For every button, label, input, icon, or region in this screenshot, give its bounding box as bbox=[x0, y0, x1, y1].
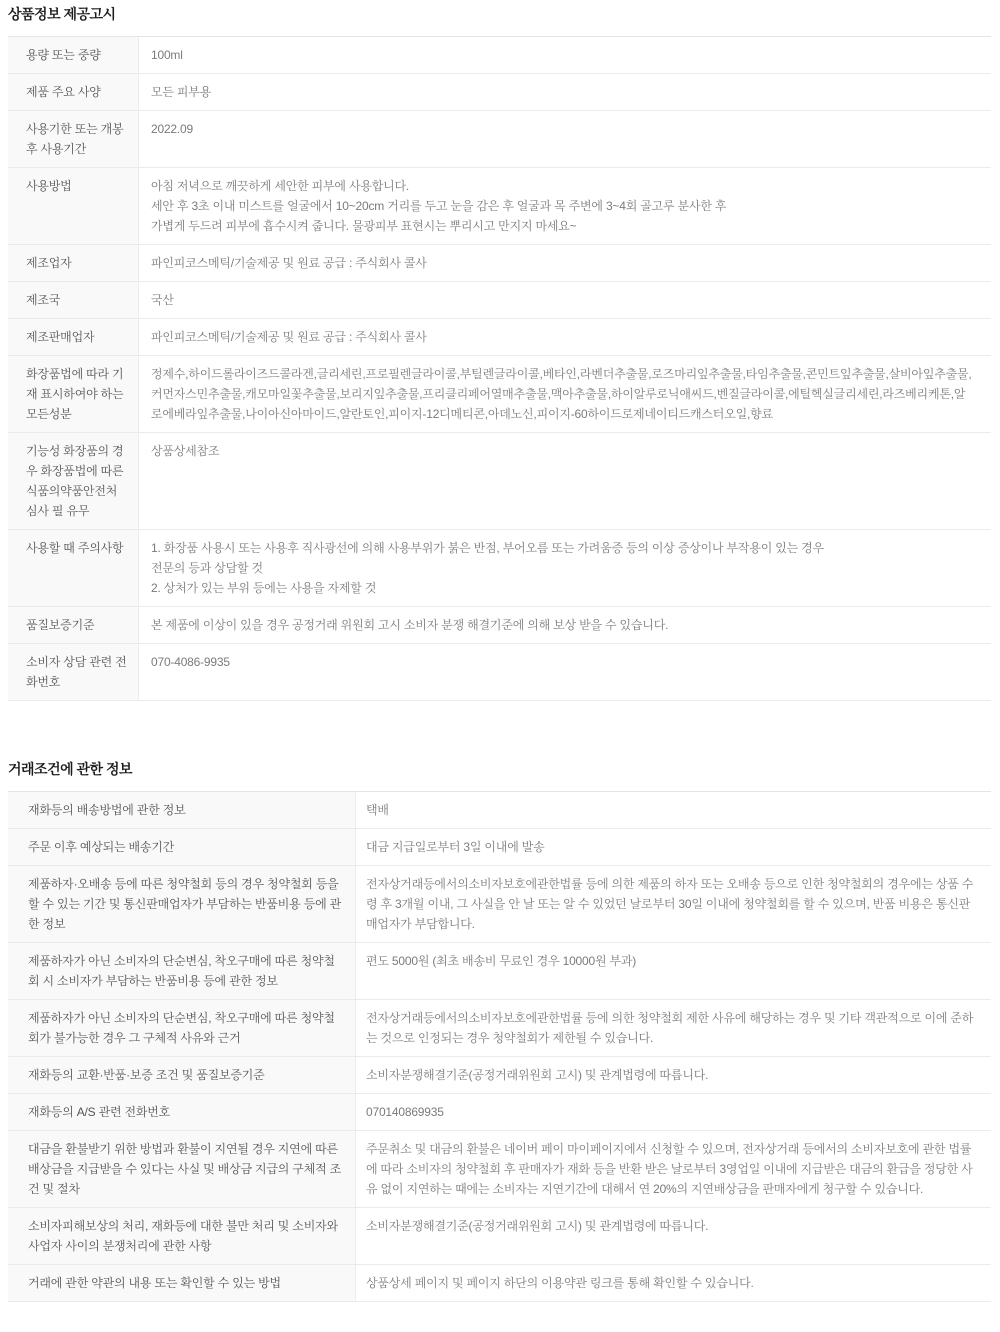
product-info-section: 상품정보 제공고시 용량 또는 중량 100ml 제품 주요 사양 모든 피부용… bbox=[8, 4, 991, 701]
row-label: 제품하자·오배송 등에 따른 청약철회 등의 경우 청약철회 등을 할 수 있는… bbox=[8, 866, 356, 942]
table-row: 화장품법에 따라 기재 표시하여야 하는 모든성분 정제수,하이드롤라이즈드콜라… bbox=[8, 356, 991, 433]
row-label: 제조업자 bbox=[8, 245, 139, 281]
table-row: 대금을 환불받기 위한 방법과 환불이 지연될 경우 지연에 따른 배상금을 지… bbox=[8, 1131, 991, 1208]
row-value: 상품상세 페이지 및 페이지 하단의 이용약관 링크를 통해 확인할 수 있습니… bbox=[356, 1265, 991, 1301]
row-value: 모든 피부용 bbox=[139, 74, 991, 110]
row-value: 택배 bbox=[356, 792, 991, 828]
row-value: 소비자분쟁해결기준(공정거래위원회 고시) 및 관계법령에 따릅니다. bbox=[356, 1208, 991, 1264]
row-label: 대금을 환불받기 위한 방법과 환불이 지연될 경우 지연에 따른 배상금을 지… bbox=[8, 1131, 356, 1207]
row-label: 사용할 때 주의사항 bbox=[8, 530, 139, 606]
product-info-page: 상품정보 제공고시 용량 또는 중량 100ml 제품 주요 사양 모든 피부용… bbox=[0, 0, 1000, 1332]
row-label: 제품하자가 아닌 소비자의 단순변심, 착오구매에 따른 청약철회 시 소비자가… bbox=[8, 943, 356, 999]
row-label: 사용기한 또는 개봉 후 사용기간 bbox=[8, 111, 139, 167]
row-label: 제조판매업자 bbox=[8, 319, 139, 355]
table-row: 제품하자·오배송 등에 따른 청약철회 등의 경우 청약철회 등을 할 수 있는… bbox=[8, 866, 991, 943]
row-value: 전자상거래등에서의소비자보호에관한법률 등에 의한 제품의 하자 또는 오배송 … bbox=[356, 866, 991, 942]
table-row: 사용할 때 주의사항 1. 화장품 사용시 또는 사용후 직사광선에 의해 사용… bbox=[8, 530, 991, 607]
row-label: 소비자피해보상의 처리, 재화등에 대한 불만 처리 및 소비자와 사업자 사이… bbox=[8, 1208, 356, 1264]
row-label: 재화등의 배송방법에 관한 정보 bbox=[8, 792, 356, 828]
transaction-info-section: 거래조건에 관한 정보 재화등의 배송방법에 관한 정보 택배 주문 이후 예상… bbox=[8, 759, 991, 1302]
table-row: 재화등의 A/S 관련 전화번호 070140869935 bbox=[8, 1094, 991, 1131]
product-info-table: 용량 또는 중량 100ml 제품 주요 사양 모든 피부용 사용기한 또는 개… bbox=[8, 36, 991, 701]
table-row: 거래에 관한 약관의 내용 또는 확인할 수 있는 방법 상품상세 페이지 및 … bbox=[8, 1265, 991, 1301]
table-row: 소비자피해보상의 처리, 재화등에 대한 불만 처리 및 소비자와 사업자 사이… bbox=[8, 1208, 991, 1265]
transaction-info-title: 거래조건에 관한 정보 bbox=[8, 759, 991, 779]
row-label: 기능성 화장품의 경우 화장품법에 따른 식품의약품안전처 심사 필 유무 bbox=[8, 433, 139, 529]
row-value: 편도 5000원 (최초 배송비 무료인 경우 10000원 부과) bbox=[356, 943, 991, 999]
row-value: 정제수,하이드롤라이즈드콜라겐,글리세린,프로필렌글라이콜,부틸렌글라이콜,베타… bbox=[139, 356, 991, 432]
row-value: 아침 저녁으로 깨끗하게 세안한 피부에 사용합니다. 세안 후 3초 이내 미… bbox=[139, 168, 991, 244]
row-label: 용량 또는 중량 bbox=[8, 37, 139, 73]
row-value: 본 제품에 이상이 있을 경우 공정거래 위원회 고시 소비자 분쟁 해결기준에… bbox=[139, 607, 991, 643]
row-value: 100ml bbox=[139, 37, 991, 73]
table-row: 제품하자가 아닌 소비자의 단순변심, 착오구매에 따른 청약철회 시 소비자가… bbox=[8, 943, 991, 1000]
table-row: 사용기한 또는 개봉 후 사용기간 2022.09 bbox=[8, 111, 991, 168]
row-value: 상품상세참조 bbox=[139, 433, 991, 529]
row-label: 거래에 관한 약관의 내용 또는 확인할 수 있는 방법 bbox=[8, 1265, 356, 1301]
product-info-title: 상품정보 제공고시 bbox=[8, 4, 991, 24]
transaction-info-table: 재화등의 배송방법에 관한 정보 택배 주문 이후 예상되는 배송기간 대금 지… bbox=[8, 791, 991, 1302]
table-row: 재화등의 교환·반품·보증 조건 및 품질보증기준 소비자분쟁해결기준(공정거래… bbox=[8, 1057, 991, 1094]
row-value: 파인피코스메틱/기술제공 및 원료 공급 : 주식회사 콜사 bbox=[139, 319, 991, 355]
row-label: 제조국 bbox=[8, 282, 139, 318]
row-label: 사용방법 bbox=[8, 168, 139, 244]
row-value: 070140869935 bbox=[356, 1094, 991, 1130]
table-row: 기능성 화장품의 경우 화장품법에 따른 식품의약품안전처 심사 필 유무 상품… bbox=[8, 433, 991, 530]
row-value: 070-4086-9935 bbox=[139, 644, 991, 700]
row-label: 화장품법에 따라 기재 표시하여야 하는 모든성분 bbox=[8, 356, 139, 432]
table-row: 재화등의 배송방법에 관한 정보 택배 bbox=[8, 792, 991, 829]
row-label: 제품 주요 사양 bbox=[8, 74, 139, 110]
table-row: 용량 또는 중량 100ml bbox=[8, 37, 991, 74]
table-row: 사용방법 아침 저녁으로 깨끗하게 세안한 피부에 사용합니다. 세안 후 3초… bbox=[8, 168, 991, 245]
row-value: 2022.09 bbox=[139, 111, 991, 167]
row-value: 대금 지급일로부터 3일 이내에 발송 bbox=[356, 829, 991, 865]
row-label: 재화등의 교환·반품·보증 조건 및 품질보증기준 bbox=[8, 1057, 356, 1093]
row-label: 소비자 상담 관련 전화번호 bbox=[8, 644, 139, 700]
row-value: 1. 화장품 사용시 또는 사용후 직사광선에 의해 사용부위가 붉은 반점, … bbox=[139, 530, 991, 606]
table-row: 품질보증기준 본 제품에 이상이 있을 경우 공정거래 위원회 고시 소비자 분… bbox=[8, 607, 991, 644]
row-label: 재화등의 A/S 관련 전화번호 bbox=[8, 1094, 356, 1130]
row-value: 국산 bbox=[139, 282, 991, 318]
table-row: 주문 이후 예상되는 배송기간 대금 지급일로부터 3일 이내에 발송 bbox=[8, 829, 991, 866]
table-row: 제조업자 파인피코스메틱/기술제공 및 원료 공급 : 주식회사 콜사 bbox=[8, 245, 991, 282]
row-label: 주문 이후 예상되는 배송기간 bbox=[8, 829, 356, 865]
row-value: 파인피코스메틱/기술제공 및 원료 공급 : 주식회사 콜사 bbox=[139, 245, 991, 281]
table-row: 제품하자가 아닌 소비자의 단순변심, 착오구매에 따른 청약철회가 불가능한 … bbox=[8, 1000, 991, 1057]
row-label: 제품하자가 아닌 소비자의 단순변심, 착오구매에 따른 청약철회가 불가능한 … bbox=[8, 1000, 356, 1056]
table-row: 제조판매업자 파인피코스메틱/기술제공 및 원료 공급 : 주식회사 콜사 bbox=[8, 319, 991, 356]
row-label: 품질보증기준 bbox=[8, 607, 139, 643]
table-row: 소비자 상담 관련 전화번호 070-4086-9935 bbox=[8, 644, 991, 700]
row-value: 주문취소 및 대금의 환불은 네이버 페이 마이페이지에서 신청할 수 있으며,… bbox=[356, 1131, 991, 1207]
table-row: 제조국 국산 bbox=[8, 282, 991, 319]
row-value: 전자상거래등에서의소비자보호에관한법률 등에 의한 청약철회 제한 사유에 해당… bbox=[356, 1000, 991, 1056]
table-row: 제품 주요 사양 모든 피부용 bbox=[8, 74, 991, 111]
row-value: 소비자분쟁해결기준(공정거래위원회 고시) 및 관계법령에 따릅니다. bbox=[356, 1057, 991, 1093]
